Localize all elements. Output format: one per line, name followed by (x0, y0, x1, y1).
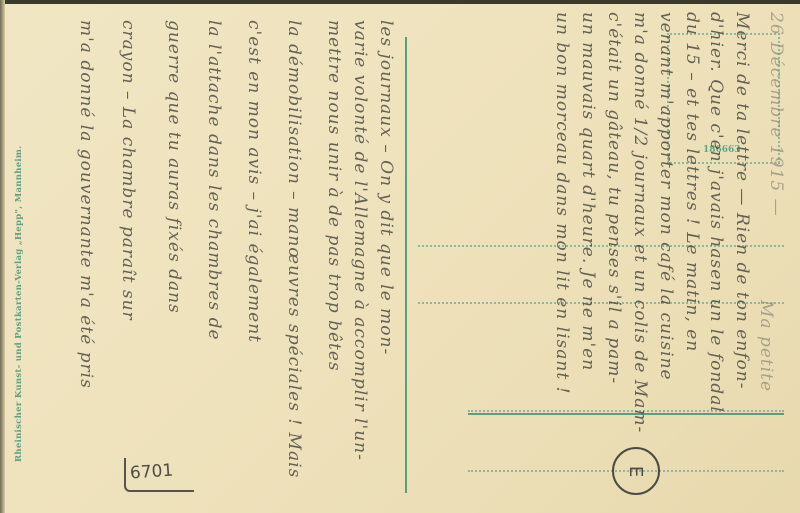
handwritten-line: un bon morceau dans mon lit en lisant ! (552, 12, 572, 394)
handwritten-line: Ma petite (756, 300, 776, 392)
address-line-solid (468, 413, 784, 415)
handwritten-line: c'était un gâteau, tu penses s'il a pam- (604, 12, 624, 384)
handwritten-line: venant m'apporter mon café la cuisine (656, 12, 676, 381)
handwritten-line: m'a donné la gouvernante m'a été pris (76, 20, 96, 389)
scan-top-border (0, 0, 800, 4)
circled-letter-mark: E (612, 447, 660, 495)
handwritten-line: la l'attache dans les chambres de (204, 20, 224, 341)
publisher-imprint: Rheinischer Kunst- und Postkarten-Verlag… (14, 42, 24, 462)
scan-left-edge (0, 0, 5, 513)
circled-letter: E (626, 465, 647, 476)
handwritten-line: du 15 – et tes lettres ! Le matin, en (682, 12, 702, 352)
handwritten-line: guerre que tu auras fixés dans (164, 20, 184, 314)
handwritten-line: la démobilisation – manœuvres spéciales … (284, 20, 304, 478)
pencil-inventory-number: 6701 (129, 461, 174, 484)
address-line-1 (418, 245, 784, 247)
handwritten-line: crayon – La chambre paraît sur (118, 20, 138, 321)
handwritten-line: varie volonté de l'Allemagne à accomplir… (350, 20, 370, 461)
divider-line (405, 37, 407, 493)
address-line-3 (468, 410, 784, 412)
handwritten-line: d'hier. Que c'en j'avais hasen un le fon… (706, 12, 726, 413)
handwritten-line: mettre nous unir à de pas trop bêtes (324, 20, 344, 372)
address-line-2 (418, 302, 784, 304)
handwritten-line: les journaux – On y dit que le mon- (376, 20, 396, 355)
handwritten-line: un mauvais quart d'heure. Je ne m'en (578, 12, 598, 371)
handwritten-line: Merci de ta lettre — Rien de ton enfon- (732, 12, 752, 389)
handwritten-line: m'a donné 1/2 journaux et un colis de Ma… (630, 12, 650, 433)
handwritten-line: c'est en mon avis – j'ai également (244, 20, 264, 343)
handwritten-date: 26 Décembre 1915 — (766, 12, 786, 217)
postcard-back: Rheinischer Kunst- und Postkarten-Verlag… (0, 0, 800, 513)
